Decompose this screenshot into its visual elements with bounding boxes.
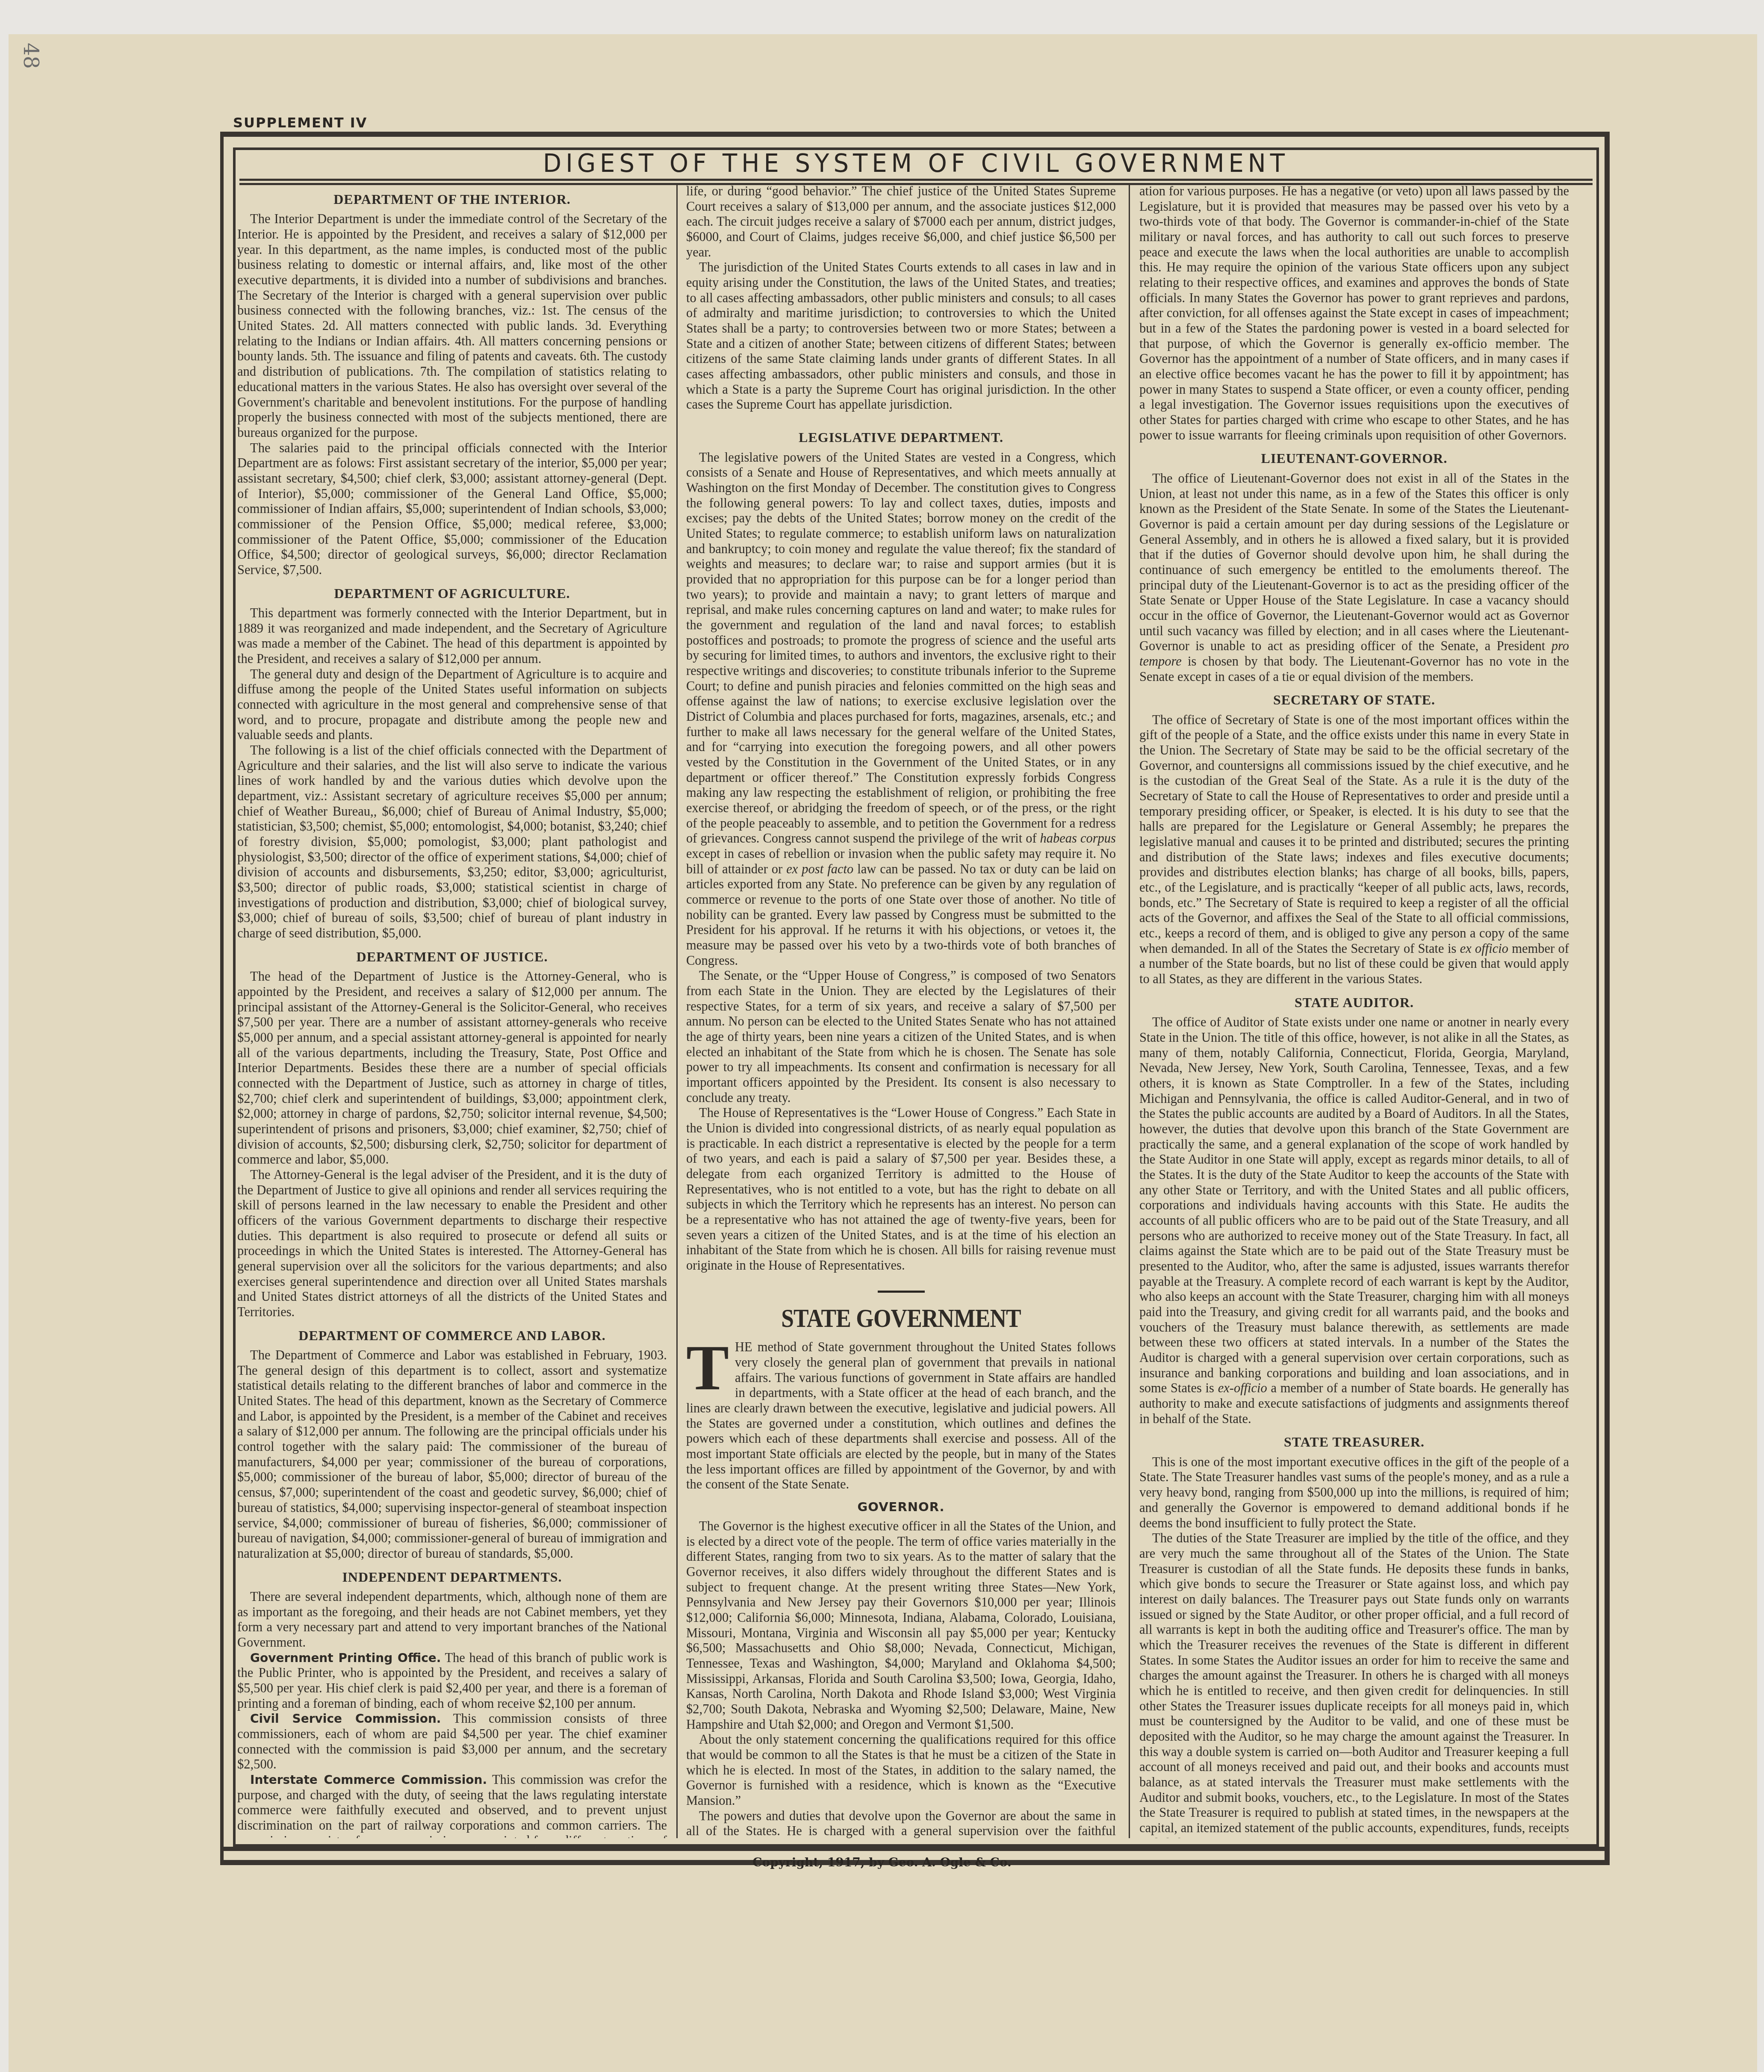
paragraph: The general duty and design of the Depar… xyxy=(237,667,667,743)
section-heading: DEPARTMENT OF THE INTERIOR. xyxy=(237,192,667,207)
paragraph: The Interior Department is under the imm… xyxy=(237,212,667,440)
section-heading: INDEPENDENT DEPARTMENTS. xyxy=(237,1569,667,1585)
paragraph: THE method of State government throughou… xyxy=(686,1340,1116,1492)
paragraph: The duties of the State Treasurer are im… xyxy=(1139,1531,1569,1838)
paragraph: The Senate, or the “Upper House of Congr… xyxy=(686,968,1116,1105)
paragraph: The House of Representatives is the “Low… xyxy=(686,1105,1116,1273)
paragraph: The head of the Department of Justice is… xyxy=(237,969,667,1167)
section-governor-continued: ation for various purposes. He has a neg… xyxy=(1139,184,1569,443)
paragraph: The legislative powers of the United Sta… xyxy=(686,450,1116,969)
italic-term: ex post facto xyxy=(786,862,853,876)
subheading-interstate-commerce: Interstate Commerce Commission. xyxy=(250,1773,487,1787)
subheading-gpo: Government Printing Office. xyxy=(250,1651,441,1665)
section-heading: DEPARTMENT OF AGRICULTURE. xyxy=(237,586,667,601)
paragraph: The office of Lieutenant-Governor does n… xyxy=(1139,471,1569,684)
paragraph-text: law can be passed. No tax or duty can be… xyxy=(686,862,1116,968)
drop-cap: T xyxy=(686,1342,729,1394)
section-heading: DEPARTMENT OF JUSTICE. xyxy=(237,949,667,965)
paragraph: The powers and duties that devolve upon … xyxy=(686,1809,1116,1838)
paragraph: There are several independent department… xyxy=(237,1589,667,1651)
paragraph: The jurisdiction of the United States Co… xyxy=(686,260,1116,413)
section-independent-departments: INDEPENDENT DEPARTMENTS. There are sever… xyxy=(237,1569,667,1838)
italic-term: ex officio xyxy=(1460,941,1508,956)
paragraph-text: The office of Lieutenant-Governor does n… xyxy=(1139,471,1569,653)
section-state-government: STATE GOVERNMENT THE method of State gov… xyxy=(686,1291,1116,1492)
footer-rule xyxy=(222,1847,1610,1851)
section-lieutenant-governor: LIEUTENANT-GOVERNOR. The office of Lieut… xyxy=(1139,451,1569,684)
section-agriculture: DEPARTMENT OF AGRICULTURE. This departme… xyxy=(237,586,667,941)
section-heading: DEPARTMENT OF COMMERCE AND LABOR. xyxy=(237,1328,667,1344)
paragraph: life, or during “good behavior.” The chi… xyxy=(686,184,1116,260)
paragraph: ation for various purposes. He has a neg… xyxy=(1139,184,1569,443)
paragraph-text: The office of Auditor of State exists un… xyxy=(1139,1015,1569,1395)
paragraph-text: The legislative powers of the United Sta… xyxy=(686,450,1116,846)
paragraph: Government Printing Office. The head of … xyxy=(237,1651,667,1712)
section-judiciary-continued: life, or during “good behavior.” The chi… xyxy=(686,184,1116,413)
section-heading: STATE AUDITOR. xyxy=(1139,995,1569,1011)
section-heading: STATE TREASURER. xyxy=(1139,1434,1569,1450)
paragraph: The Department of Commerce and Labor was… xyxy=(237,1348,667,1561)
paragraph: The office of Auditor of State exists un… xyxy=(1139,1015,1569,1427)
section-legislative: LEGISLATIVE DEPARTMENT. The legislative … xyxy=(686,430,1116,1273)
section-heading: SECRETARY OF STATE. xyxy=(1139,692,1569,708)
column-3: ation for various purposes. He has a neg… xyxy=(1139,184,1569,1838)
section-rule xyxy=(878,1291,925,1293)
section-state-treasurer: STATE TREASURER. This is one of the most… xyxy=(1139,1434,1569,1838)
section-justice: DEPARTMENT OF JUSTICE. The head of the D… xyxy=(237,949,667,1320)
paragraph: Civil Service Commission. This commissio… xyxy=(237,1711,667,1772)
paragraph: This is one of the most important execut… xyxy=(1139,1455,1569,1531)
section-state-auditor: STATE AUDITOR. The office of Auditor of … xyxy=(1139,995,1569,1427)
supplement-label: SUPPLEMENT IV xyxy=(233,115,367,131)
paragraph-text: HE method of State government throughout… xyxy=(686,1340,1116,1491)
major-heading: STATE GOVERNMENT xyxy=(716,1303,1086,1334)
paragraph: Interstate Commerce Commission. This com… xyxy=(237,1772,667,1838)
handwritten-page-number: 48 xyxy=(19,43,43,69)
column-2: life, or during “good behavior.” The chi… xyxy=(686,184,1116,1838)
paragraph: The following is a list of the chief off… xyxy=(237,743,667,941)
column-divider xyxy=(676,184,678,1838)
page-title: DIGEST OF THE SYSTEM OF CIVIL GOVERNMENT xyxy=(233,149,1599,178)
section-commerce-labor: DEPARTMENT OF COMMERCE AND LABOR. The De… xyxy=(237,1328,667,1562)
section-heading: LEGISLATIVE DEPARTMENT. xyxy=(686,430,1116,445)
paragraph: The office of Secretary of State is one … xyxy=(1139,713,1569,987)
section-interior: DEPARTMENT OF THE INTERIOR. The Interior… xyxy=(237,192,667,578)
column-divider xyxy=(1129,184,1130,1838)
section-heading: GOVERNOR. xyxy=(686,1500,1116,1515)
paragraph: This department was formerly connected w… xyxy=(237,606,667,667)
paragraph: The Attorney-General is the legal advise… xyxy=(237,1167,667,1320)
title-rule xyxy=(239,179,1593,181)
paragraph: The salaries paid to the principal offic… xyxy=(237,441,667,578)
italic-term: ex-officio xyxy=(1218,1381,1267,1395)
section-secretary-of-state: SECRETARY OF STATE. The office of Secret… xyxy=(1139,692,1569,987)
paragraph: About the only statement concerning the … xyxy=(686,1732,1116,1808)
subheading-civil-service: Civil Service Commission. xyxy=(250,1712,441,1726)
copyright-notice: Copyright, 1917, by Geo. A. Ogle & Co. xyxy=(0,1855,1764,1869)
section-heading: LIEUTENANT-GOVERNOR. xyxy=(1139,451,1569,466)
italic-term: habeas corpus xyxy=(1040,831,1116,846)
section-governor: GOVERNOR. The Governor is the highest ex… xyxy=(686,1500,1116,1838)
column-1: DEPARTMENT OF THE INTERIOR. The Interior… xyxy=(237,184,667,1838)
paragraph-text: is chosen by that body. The Lieutenant-G… xyxy=(1139,654,1569,684)
paragraph-text: The office of Secretary of State is one … xyxy=(1139,713,1569,956)
paragraph: The Governor is the highest executive of… xyxy=(686,1519,1116,1732)
